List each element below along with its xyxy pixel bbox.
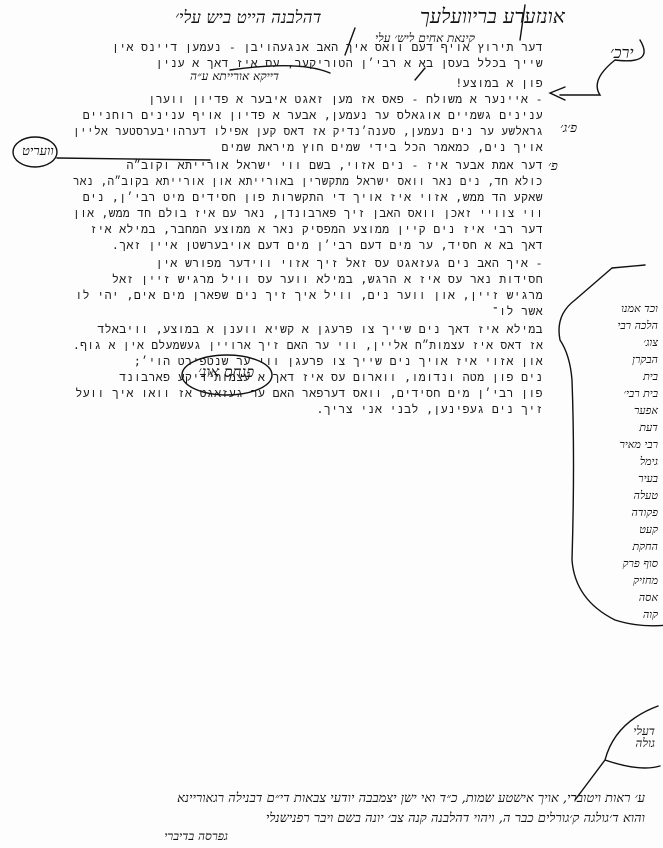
- typed-line-8: דער אמת אבער איז - נים אזוי, בשם ווי ישר…: [127, 160, 543, 172]
- right-note: בעיר: [578, 470, 658, 487]
- right-note: צוג׳: [578, 334, 658, 351]
- right-note: בית: [578, 368, 658, 385]
- right-note: בית רבי׳: [578, 385, 658, 402]
- right-note: רבי מאיר: [578, 436, 658, 453]
- typed-line-20: און אזוי איז אויך נים שייך צו פרעגן ווי …: [134, 356, 543, 368]
- right-note: דעת: [578, 419, 658, 436]
- inline-insert: דייקא אורייתא ע״ה: [190, 70, 279, 82]
- typed-line-13: דאך בא א חסיד, ער מים דעם רבי׳ן מים דעם …: [112, 240, 543, 252]
- right-note: גימל: [578, 453, 658, 470]
- handwritten-heading-2: אונזערע בריוועלעך: [420, 6, 565, 26]
- typed-line-6: גראלשע ער נים נעמען, סענה׳נדיק אז דאס קע…: [73, 126, 543, 138]
- scanned-manuscript-page: דהלבנה הייט ביש עלי׳ אונזערע בריוועלעך ק…: [0, 0, 663, 848]
- typed-line-21: נים פון מטה ונדומו, ווארום עס איז דאך א …: [119, 372, 543, 384]
- typed-line-5: ענינים גשמיים אוגאלס ער נעמען, אבער א פד…: [83, 110, 543, 122]
- typed-line-14: - איך האב נים געזאגט עס זאל זיך אזוי ווי…: [156, 258, 543, 270]
- right-note: פקודה: [578, 504, 658, 521]
- handwritten-heading: דהלבנה הייט ביש עלי׳: [175, 10, 321, 27]
- right-note: מחזיק: [578, 572, 658, 589]
- right-note: וכד אמנו: [578, 300, 658, 317]
- bottom-note-line-2: והוא ד׳גולגה ק׳גורלים כבר ה, ויהוי דהלבנ…: [266, 812, 645, 825]
- margin-note-vertich: וועריט: [22, 145, 54, 158]
- bottom-note-line-3: גפרסה בדיברי: [164, 830, 228, 842]
- right-note: טעלה: [578, 487, 658, 504]
- typed-line-12: דער רבי איז נים קיין ממוצע המפסיק נאר א …: [90, 224, 543, 236]
- right-margin-column: וכד אמנו הלכה רבי צוג׳ הבקרן בית בית רבי…: [578, 300, 658, 623]
- bottom-note-line-1: ע׳ ראות ויטוברי, אויך אישטע שמות, כ״ד וא…: [177, 792, 645, 805]
- typed-line-2: שייך בכלל בעסן בא א רבי׳ן הטוריקער, עס א…: [156, 58, 543, 70]
- typed-line-15: חסידות נאר עס איז א הרגש, במילא ווער עס …: [112, 274, 543, 286]
- margin-note-pe: פ׳: [548, 160, 558, 173]
- right-note: הבקרן: [578, 351, 658, 368]
- margin-note-right-upper: ירכ׳: [610, 45, 634, 61]
- typed-line-23: זיך נים געפינען, לבני אני צריך.: [317, 404, 544, 416]
- typed-line-11: ווי צוויי זאכן וואס האבן זיך פארבונדן, נ…: [73, 208, 543, 220]
- typed-line-3: פון א במוצע!: [455, 78, 543, 90]
- typed-line-17: אשר לו־: [492, 306, 543, 318]
- typed-line-16: מרגיש זיין, און ווער נים, וויל איך זיך נ…: [75, 290, 543, 302]
- typed-line-7: אויך נים, כמאמר הכל בידי שמים חוץ מיראת …: [222, 142, 543, 154]
- right-note: אסה: [578, 589, 658, 606]
- right-note: הלכה רבי: [578, 317, 658, 334]
- right-note: קוה: [578, 606, 658, 623]
- right-note: סוף פרק: [578, 555, 658, 572]
- margin-note-pg: פ׳ג׳: [560, 122, 577, 135]
- typed-line-18: במילא איז דאך נים שייך צו פרעגן א קשיא ו…: [97, 324, 543, 336]
- typed-line-4: - איינער א משולח - פאס אז מען זאגט איבער…: [148, 94, 543, 106]
- signature-note: פנחס אונ׳: [198, 365, 254, 380]
- right-note: אפער: [578, 402, 658, 419]
- typed-line-1: דער תירוץ אויף דעם וואס איך האב אנגעהויב…: [112, 42, 543, 54]
- typed-line-9: כולא חד, נים נאר וואס ישראל מתקשרין באור…: [73, 176, 543, 188]
- right-note: החקת: [578, 538, 658, 555]
- right-note: קעט: [578, 521, 658, 538]
- corner-note: דעלי גולה: [615, 725, 655, 749]
- typed-line-10: שאקע הד ממש, אזוי איז אויך די התקשרות פו…: [83, 192, 543, 204]
- typed-line-22: פון רבי׳ן מים חסידים, וואס דערפאר האם ער…: [75, 388, 543, 400]
- typed-line-19: אז דאס איז עצמות״ח אליין, ווי ער האם זיך…: [73, 340, 543, 352]
